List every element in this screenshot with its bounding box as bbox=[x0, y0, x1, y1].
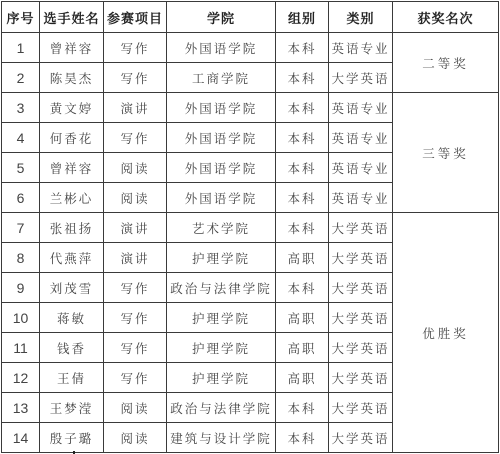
header-no: 序号 bbox=[2, 2, 40, 33]
table-row: 3黄文婷演讲外国语学院本科英语专业三等奖 bbox=[2, 93, 499, 123]
cell-college: 政治与法律学院 bbox=[167, 393, 276, 423]
cell-name: 蒋敏 bbox=[40, 303, 104, 333]
cell-no: 2 bbox=[2, 63, 40, 93]
cell-name: 曾祥容 bbox=[40, 153, 104, 183]
cell-no: 1 bbox=[2, 33, 40, 63]
cell-no: 9 bbox=[2, 273, 40, 303]
cell-college: 工商学院 bbox=[167, 63, 276, 93]
cell-college: 外国语学院 bbox=[167, 123, 276, 153]
cell-name: 王倩 bbox=[40, 363, 104, 393]
cell-no: 14 bbox=[2, 423, 40, 453]
cell-name: 殷子璐 bbox=[40, 423, 104, 453]
cell-category: 英语专业 bbox=[329, 183, 393, 213]
cell-group: 本科 bbox=[276, 423, 329, 453]
cell-category: 大学英语 bbox=[329, 393, 393, 423]
cell-name: 陈昊杰 bbox=[40, 63, 104, 93]
header-award: 获奖名次 bbox=[393, 2, 499, 33]
cell-group: 本科 bbox=[276, 33, 329, 63]
header-row: 序号 选手姓名 参赛项目 学院 组别 类别 获奖名次 bbox=[2, 2, 499, 33]
cell-category: 大学英语 bbox=[329, 213, 393, 243]
cell-award: 三等奖 bbox=[393, 93, 499, 213]
cell-college: 外国语学院 bbox=[167, 33, 276, 63]
cell-group: 本科 bbox=[276, 273, 329, 303]
cell-group: 本科 bbox=[276, 393, 329, 423]
cell-name: 代燕萍 bbox=[40, 243, 104, 273]
cell-category: 英语专业 bbox=[329, 93, 393, 123]
cell-group: 高职 bbox=[276, 333, 329, 363]
cell-event: 写作 bbox=[104, 63, 167, 93]
cell-no: 10 bbox=[2, 303, 40, 333]
header-event: 参赛项目 bbox=[104, 2, 167, 33]
cell-college: 外国语学院 bbox=[167, 153, 276, 183]
cell-event: 写作 bbox=[104, 33, 167, 63]
cell-category: 大学英语 bbox=[329, 243, 393, 273]
cell-event: 阅读 bbox=[104, 393, 167, 423]
cell-event: 演讲 bbox=[104, 243, 167, 273]
header-category: 类别 bbox=[329, 2, 393, 33]
cell-category: 大学英语 bbox=[329, 63, 393, 93]
header-name: 选手姓名 bbox=[40, 2, 104, 33]
cell-no: 7 bbox=[2, 213, 40, 243]
cell-award: 二等奖 bbox=[393, 33, 499, 93]
cell-college: 外国语学院 bbox=[167, 93, 276, 123]
cell-group: 本科 bbox=[276, 183, 329, 213]
cell-event: 阅读 bbox=[104, 183, 167, 213]
cell-event: 写作 bbox=[104, 363, 167, 393]
cell-college: 护理学院 bbox=[167, 243, 276, 273]
cell-award: 优胜奖 bbox=[393, 213, 499, 453]
cell-group: 本科 bbox=[276, 63, 329, 93]
cell-category: 大学英语 bbox=[329, 273, 393, 303]
cell-no: 12 bbox=[2, 363, 40, 393]
cell-no: 6 bbox=[2, 183, 40, 213]
table-row: 7张祖扬演讲艺术学院本科大学英语优胜奖 bbox=[2, 213, 499, 243]
cell-group: 高职 bbox=[276, 243, 329, 273]
cell-name: 何香花 bbox=[40, 123, 104, 153]
cell-name: 张祖扬 bbox=[40, 213, 104, 243]
cell-college: 艺术学院 bbox=[167, 213, 276, 243]
table-row: 1曾祥容写作外国语学院本科英语专业二等奖 bbox=[2, 33, 499, 63]
cell-group: 本科 bbox=[276, 123, 329, 153]
cell-college: 外国语学院 bbox=[167, 183, 276, 213]
header-group: 组别 bbox=[276, 2, 329, 33]
cell-event: 写作 bbox=[104, 303, 167, 333]
cell-college: 护理学院 bbox=[167, 333, 276, 363]
cell-group: 本科 bbox=[276, 213, 329, 243]
cell-event: 写作 bbox=[104, 123, 167, 153]
cell-group: 本科 bbox=[276, 93, 329, 123]
cell-category: 大学英语 bbox=[329, 423, 393, 453]
cell-college: 护理学院 bbox=[167, 303, 276, 333]
cell-category: 英语专业 bbox=[329, 33, 393, 63]
cell-group: 高职 bbox=[276, 303, 329, 333]
cell-no: 13 bbox=[2, 393, 40, 423]
cell-name: 钱香 bbox=[40, 333, 104, 363]
cell-name: 黄文婷 bbox=[40, 93, 104, 123]
cell-event: 演讲 bbox=[104, 93, 167, 123]
cell-category: 大学英语 bbox=[329, 303, 393, 333]
cell-category: 英语专业 bbox=[329, 123, 393, 153]
cell-name: 兰彬心 bbox=[40, 183, 104, 213]
cell-event: 阅读 bbox=[104, 153, 167, 183]
cell-name: 王梦滢 bbox=[40, 393, 104, 423]
cell-event: 阅读 bbox=[104, 423, 167, 453]
cell-event: 演讲 bbox=[104, 213, 167, 243]
cell-category: 英语专业 bbox=[329, 153, 393, 183]
cell-category: 大学英语 bbox=[329, 333, 393, 363]
cell-group: 高职 bbox=[276, 363, 329, 393]
cell-college: 护理学院 bbox=[167, 363, 276, 393]
cell-group: 本科 bbox=[276, 153, 329, 183]
cell-no: 8 bbox=[2, 243, 40, 273]
cell-event: 写作 bbox=[104, 333, 167, 363]
cell-category: 大学英语 bbox=[329, 363, 393, 393]
cell-event: 写作 bbox=[104, 273, 167, 303]
cell-college: 建筑与设计学院 bbox=[167, 423, 276, 453]
awards-table: 序号 选手姓名 参赛项目 学院 组别 类别 获奖名次 1曾祥容写作外国语学院本科… bbox=[1, 1, 499, 453]
cell-no: 5 bbox=[2, 153, 40, 183]
cell-no: 3 bbox=[2, 93, 40, 123]
header-college: 学院 bbox=[167, 2, 276, 33]
cell-name: 刘茂雪 bbox=[40, 273, 104, 303]
cell-name: 曾祥容 bbox=[40, 33, 104, 63]
cell-no: 11 bbox=[2, 333, 40, 363]
cell-college: 政治与法律学院 bbox=[167, 273, 276, 303]
cell-no: 4 bbox=[2, 123, 40, 153]
